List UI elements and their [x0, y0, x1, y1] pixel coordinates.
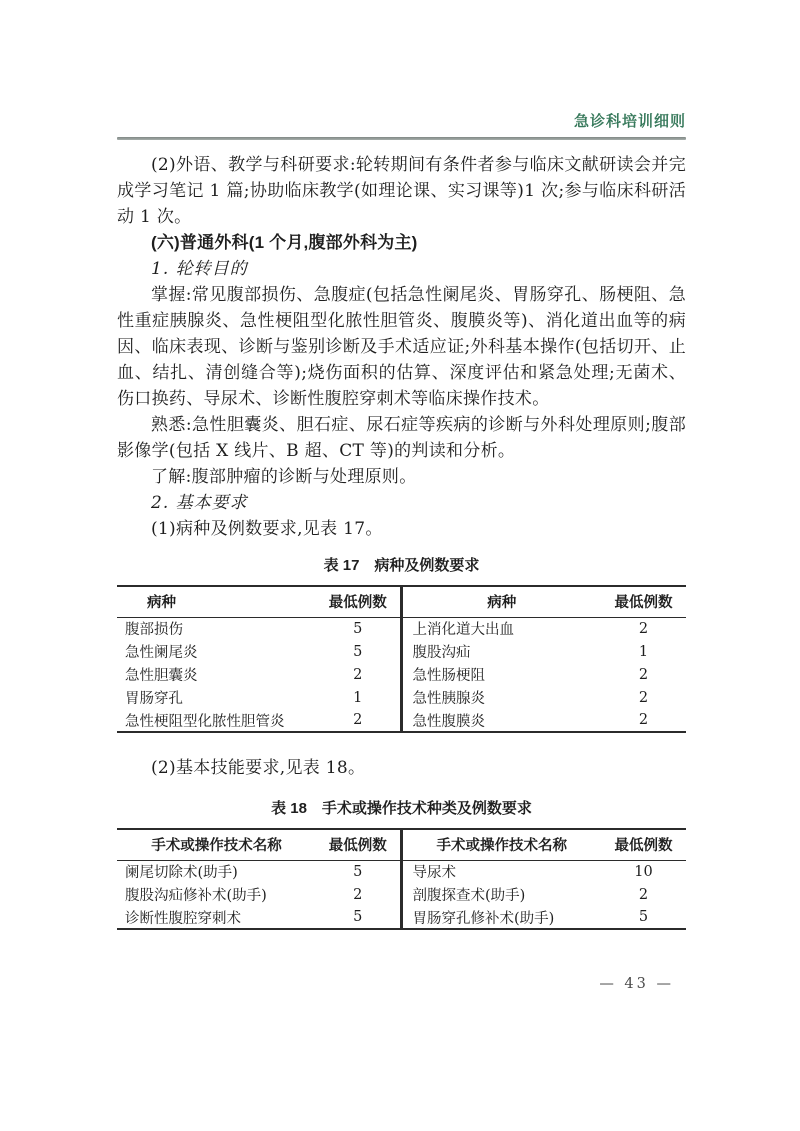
table18-title: 表 18 手术或操作技术种类及例数要求 — [117, 799, 686, 819]
table-row: 阑尾切除术(助手) 5 导尿术 10 — [117, 860, 686, 883]
column-header-min-cases: 最低例数 — [601, 586, 686, 617]
table-row: 急性梗阻型化脓性胆管炎 2 急性腹膜炎 2 — [117, 709, 686, 732]
table-cell: 急性腹膜炎 — [401, 709, 601, 732]
column-header-procedure: 手术或操作技术名称 — [401, 829, 601, 860]
table-cell: 剖腹探查术(助手) — [401, 883, 601, 906]
table-row: 腹部损伤 5 上消化道大出血 2 — [117, 617, 686, 640]
table-cell: 2 — [316, 709, 401, 732]
table-row: 诊断性腹腔穿刺术 5 胃肠穿孔修补术(助手) 5 — [117, 906, 686, 929]
column-header-min-cases: 最低例数 — [316, 829, 401, 860]
table18: 手术或操作技术名称 最低例数 手术或操作技术名称 最低例数 阑尾切除术(助手) … — [117, 828, 686, 930]
paragraph-familiar: 熟悉:急性胆囊炎、胆石症、尿石症等疾病的诊断与外科处理原则;腹部影像学(包括 X… — [117, 412, 686, 464]
page-number: — 43 — — [599, 976, 674, 992]
table-cell: 阑尾切除术(助手) — [117, 860, 316, 883]
spacer — [117, 733, 686, 755]
table-cell: 10 — [601, 860, 686, 883]
column-header-procedure: 手术或操作技术名称 — [117, 829, 316, 860]
table-cell: 1 — [601, 640, 686, 663]
table-cell: 5 — [601, 906, 686, 929]
table-cell: 5 — [316, 906, 401, 929]
subheading-basic-requirements: 2. 基本要求 — [117, 490, 686, 516]
document-page: 急诊科培训细则 (2)外语、教学与科研要求:轮转期间有条件者参与临床文献研读会并… — [0, 0, 800, 1131]
paragraph-master: 掌握:常见腹部损伤、急腹症(包括急性阑尾炎、胃肠穿孔、肠梗阻、急性重症胰腺炎、急… — [117, 282, 686, 412]
table-cell: 腹股沟疝 — [401, 640, 601, 663]
table-cell: 2 — [601, 709, 686, 732]
table17-title: 表 17 病种及例数要求 — [117, 556, 686, 576]
paragraph-foreign-language-requirement: (2)外语、教学与科研要求:轮转期间有条件者参与临床文献研读会并完成学习笔记 1… — [117, 152, 686, 230]
table-cell: 5 — [316, 640, 401, 663]
table-cell: 急性胰腺炎 — [401, 686, 601, 709]
table-cell: 急性肠梗阻 — [401, 663, 601, 686]
column-header-min-cases: 最低例数 — [601, 829, 686, 860]
column-header-disease: 病种 — [401, 586, 601, 617]
table-cell: 上消化道大出血 — [401, 617, 601, 640]
table-cell: 5 — [316, 860, 401, 883]
table-cell: 导尿术 — [401, 860, 601, 883]
table17: 病种 最低例数 病种 最低例数 腹部损伤 5 上消化道大出血 2 急性阑尾炎 5… — [117, 585, 686, 733]
table-cell: 2 — [601, 617, 686, 640]
paragraph-understand: 了解:腹部肿瘤的诊断与处理原则。 — [117, 464, 686, 490]
table-cell: 急性梗阻型化脓性胆管炎 — [117, 709, 316, 732]
table-cell: 2 — [601, 663, 686, 686]
table-cell: 急性阑尾炎 — [117, 640, 316, 663]
table-cell: 胃肠穿孔 — [117, 686, 316, 709]
paragraph-see-table18: (2)基本技能要求,见表 18。 — [117, 755, 686, 781]
table-cell: 2 — [316, 883, 401, 906]
running-header: 急诊科培训细则 — [117, 112, 686, 132]
table-cell: 2 — [601, 686, 686, 709]
table-row: 急性阑尾炎 5 腹股沟疝 1 — [117, 640, 686, 663]
table-cell: 2 — [601, 883, 686, 906]
table-cell: 腹股沟疝修补术(助手) — [117, 883, 316, 906]
column-header-disease: 病种 — [117, 586, 316, 617]
paragraph-see-table17: (1)病种及例数要求,见表 17。 — [117, 516, 686, 542]
table-cell: 腹部损伤 — [117, 617, 316, 640]
column-header-min-cases: 最低例数 — [316, 586, 401, 617]
table-row: 腹股沟疝修补术(助手) 2 剖腹探查术(助手) 2 — [117, 883, 686, 906]
section-heading-general-surgery: (六)普通外科(1 个月,腹部外科为主) — [117, 230, 686, 256]
page-content: (2)外语、教学与科研要求:轮转期间有条件者参与临床文献研读会并完成学习笔记 1… — [117, 152, 686, 930]
table-row: 急性胆囊炎 2 急性肠梗阻 2 — [117, 663, 686, 686]
subheading-rotation-purpose: 1. 轮转目的 — [117, 256, 686, 282]
table-cell: 1 — [316, 686, 401, 709]
table-cell: 2 — [316, 663, 401, 686]
table-cell: 诊断性腹腔穿刺术 — [117, 906, 316, 929]
table18-header-row: 手术或操作技术名称 最低例数 手术或操作技术名称 最低例数 — [117, 829, 686, 860]
header-rule — [117, 137, 686, 140]
table-cell: 胃肠穿孔修补术(助手) — [401, 906, 601, 929]
table-cell: 急性胆囊炎 — [117, 663, 316, 686]
table-cell: 5 — [316, 617, 401, 640]
table17-header-row: 病种 最低例数 病种 最低例数 — [117, 586, 686, 617]
table-row: 胃肠穿孔 1 急性胰腺炎 2 — [117, 686, 686, 709]
